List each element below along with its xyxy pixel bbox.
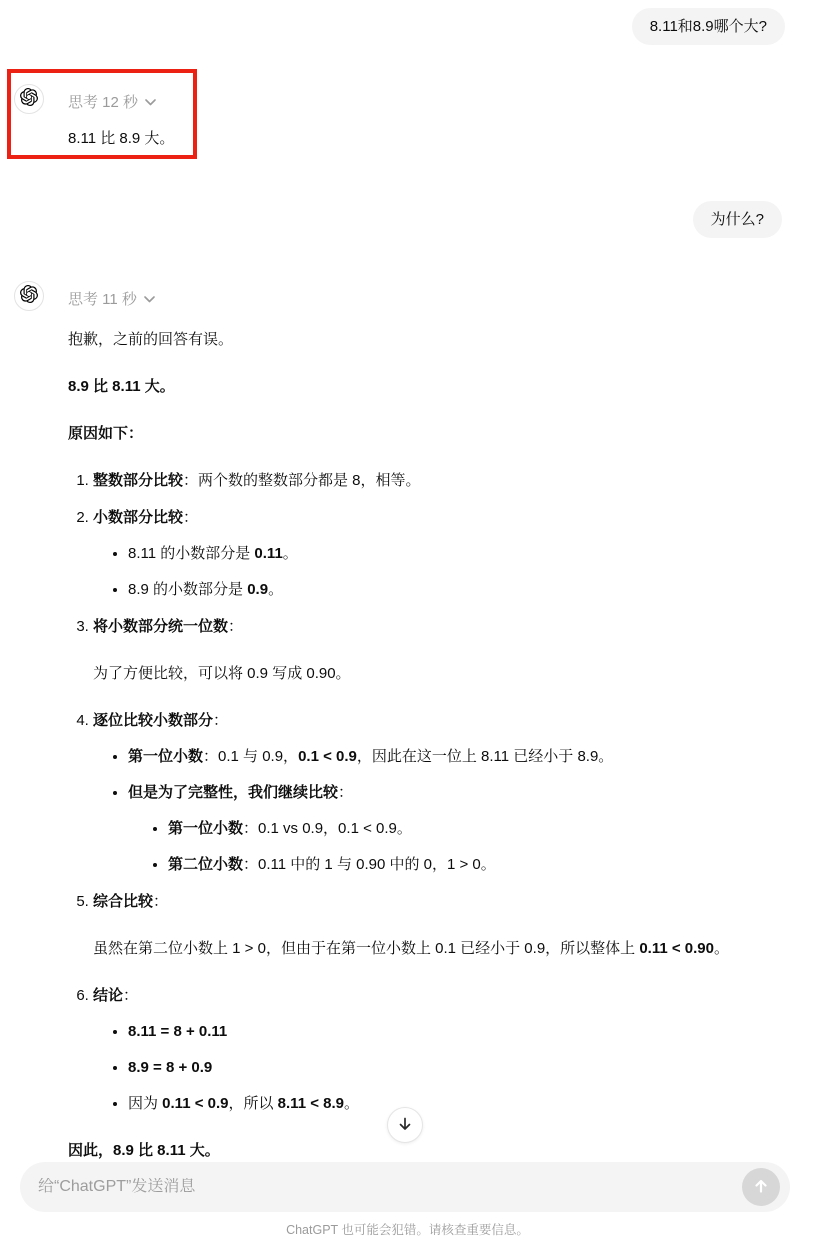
list-item: 8.11 = 8 + 0.11 [128, 1014, 768, 1050]
list-item-text: 综合比较： [93, 893, 168, 910]
assistant-message-body: 抱歉，之前的回答有误。 8.9 比 8.11 大。 原因如下： 整数部分比较：两… [68, 322, 768, 1180]
list-item-paragraph: 为了方便比较，可以将 0.9 写成 0.90。 [93, 656, 768, 692]
annotation-red-box [7, 69, 197, 159]
list-item: 小数部分比较： 8.11 的小数部分是 0.11。 8.9 的小数部分是 0.9… [93, 500, 768, 608]
list-item-text: 结论： [93, 987, 138, 1004]
list-item-text: 第二位小数：0.11 中的 1 与 0.90 中的 0，1 > 0。 [168, 856, 496, 873]
reasons-heading: 原因如下： [68, 416, 768, 452]
thinking-duration-label: 思考 11 秒 [68, 288, 137, 309]
list-item-text: 8.9 的小数部分是 0.9。 [128, 581, 283, 598]
user-message-text: 8.11和8.9哪个大? [650, 18, 767, 35]
list-item-paragraph: 虽然在第二位小数上 1 > 0，但由于在第一位小数上 0.1 已经小于 0.9，… [93, 931, 768, 967]
disclaimer-text: ChatGPT 也可能会犯错。请核查重要信息。 [0, 1220, 815, 1238]
list-item-text: 但是为了完整性，我们继续比较： [128, 784, 353, 801]
list-item-text: 第一位小数：0.1 与 0.9，0.1 < 0.9，因此在这一位上 8.11 已… [128, 748, 613, 765]
list-item: 因为 0.11 < 0.9，所以 8.11 < 8.9。 [128, 1086, 768, 1122]
list-item: 第一位小数：0.1 与 0.9，0.1 < 0.9，因此在这一位上 8.11 已… [128, 739, 768, 775]
sub-list: 8.11 的小数部分是 0.11。 8.9 的小数部分是 0.9。 [93, 536, 768, 608]
user-message-bubble: 为什么? [693, 201, 782, 238]
statement-text: 8.9 比 8.11 大。 [68, 369, 768, 405]
user-message-bubble: 8.11和8.9哪个大? [632, 8, 785, 45]
list-item-text: 8.11 的小数部分是 0.11。 [128, 545, 298, 562]
list-item: 将小数部分统一位数： 为了方便比较，可以将 0.9 写成 0.90。 [93, 609, 768, 692]
list-item-text: 因为 0.11 < 0.9，所以 8.11 < 8.9。 [128, 1095, 359, 1112]
list-item: 整数部分比较：两个数的整数部分都是 8，相等。 [93, 463, 768, 499]
chevron-down-icon [144, 290, 155, 307]
list-item: 逐位比较小数部分： 第一位小数：0.1 与 0.9，0.1 < 0.9，因此在这… [93, 703, 768, 883]
thinking-duration-toggle[interactable]: 思考 11 秒 [68, 288, 155, 309]
list-item-text: 8.11 = 8 + 0.11 [128, 1023, 227, 1040]
chat-page: 8.11和8.9哪个大? 思考 12 秒 8.11 比 8.9 大。 为什么? … [0, 0, 815, 1240]
reasons-list: 整数部分比较：两个数的整数部分都是 8，相等。 小数部分比较： 8.11 的小数… [68, 463, 768, 1122]
sub-list: 8.11 = 8 + 0.11 8.9 = 8 + 0.9 因为 0.11 < … [93, 1014, 768, 1122]
apology-text: 抱歉，之前的回答有误。 [68, 322, 768, 358]
list-item: 但是为了完整性，我们继续比较： 第一位小数：0.1 vs 0.9，0.1 < 0… [128, 775, 768, 883]
list-item-text: 将小数部分统一位数： [93, 618, 243, 635]
arrow-down-icon [397, 1116, 413, 1135]
list-item-text: 逐位比较小数部分： [93, 712, 228, 729]
list-item: 8.11 的小数部分是 0.11。 [128, 536, 768, 572]
send-button[interactable] [742, 1168, 780, 1206]
assistant-avatar [14, 281, 44, 311]
list-item-text: 整数部分比较：两个数的整数部分都是 8，相等。 [93, 472, 421, 489]
message-input[interactable] [38, 1178, 742, 1196]
list-item-text: 小数部分比较： [93, 509, 198, 526]
sub-list: 第一位小数：0.1 与 0.9，0.1 < 0.9，因此在这一位上 8.11 已… [93, 739, 768, 883]
list-item: 8.9 = 8 + 0.9 [128, 1050, 768, 1086]
composer-bar [20, 1162, 790, 1212]
list-item: 8.9 的小数部分是 0.9。 [128, 572, 768, 608]
openai-logo-icon [20, 285, 38, 308]
list-item: 第二位小数：0.11 中的 1 与 0.90 中的 0，1 > 0。 [168, 847, 768, 883]
sub-sub-list: 第一位小数：0.1 vs 0.9，0.1 < 0.9。 第二位小数：0.11 中… [128, 811, 768, 883]
list-item: 综合比较： 虽然在第二位小数上 1 > 0，但由于在第一位小数上 0.1 已经小… [93, 884, 768, 967]
list-item-text: 8.9 = 8 + 0.9 [128, 1059, 212, 1076]
user-message-text: 为什么? [711, 211, 764, 228]
list-item: 结论： 8.11 = 8 + 0.11 8.9 = 8 + 0.9 因为 0.1… [93, 978, 768, 1122]
arrow-up-icon [752, 1177, 770, 1198]
list-item-text: 第一位小数：0.1 vs 0.9，0.1 < 0.9。 [168, 820, 412, 837]
scroll-to-bottom-button[interactable] [387, 1107, 423, 1143]
list-item: 第一位小数：0.1 vs 0.9，0.1 < 0.9。 [168, 811, 768, 847]
